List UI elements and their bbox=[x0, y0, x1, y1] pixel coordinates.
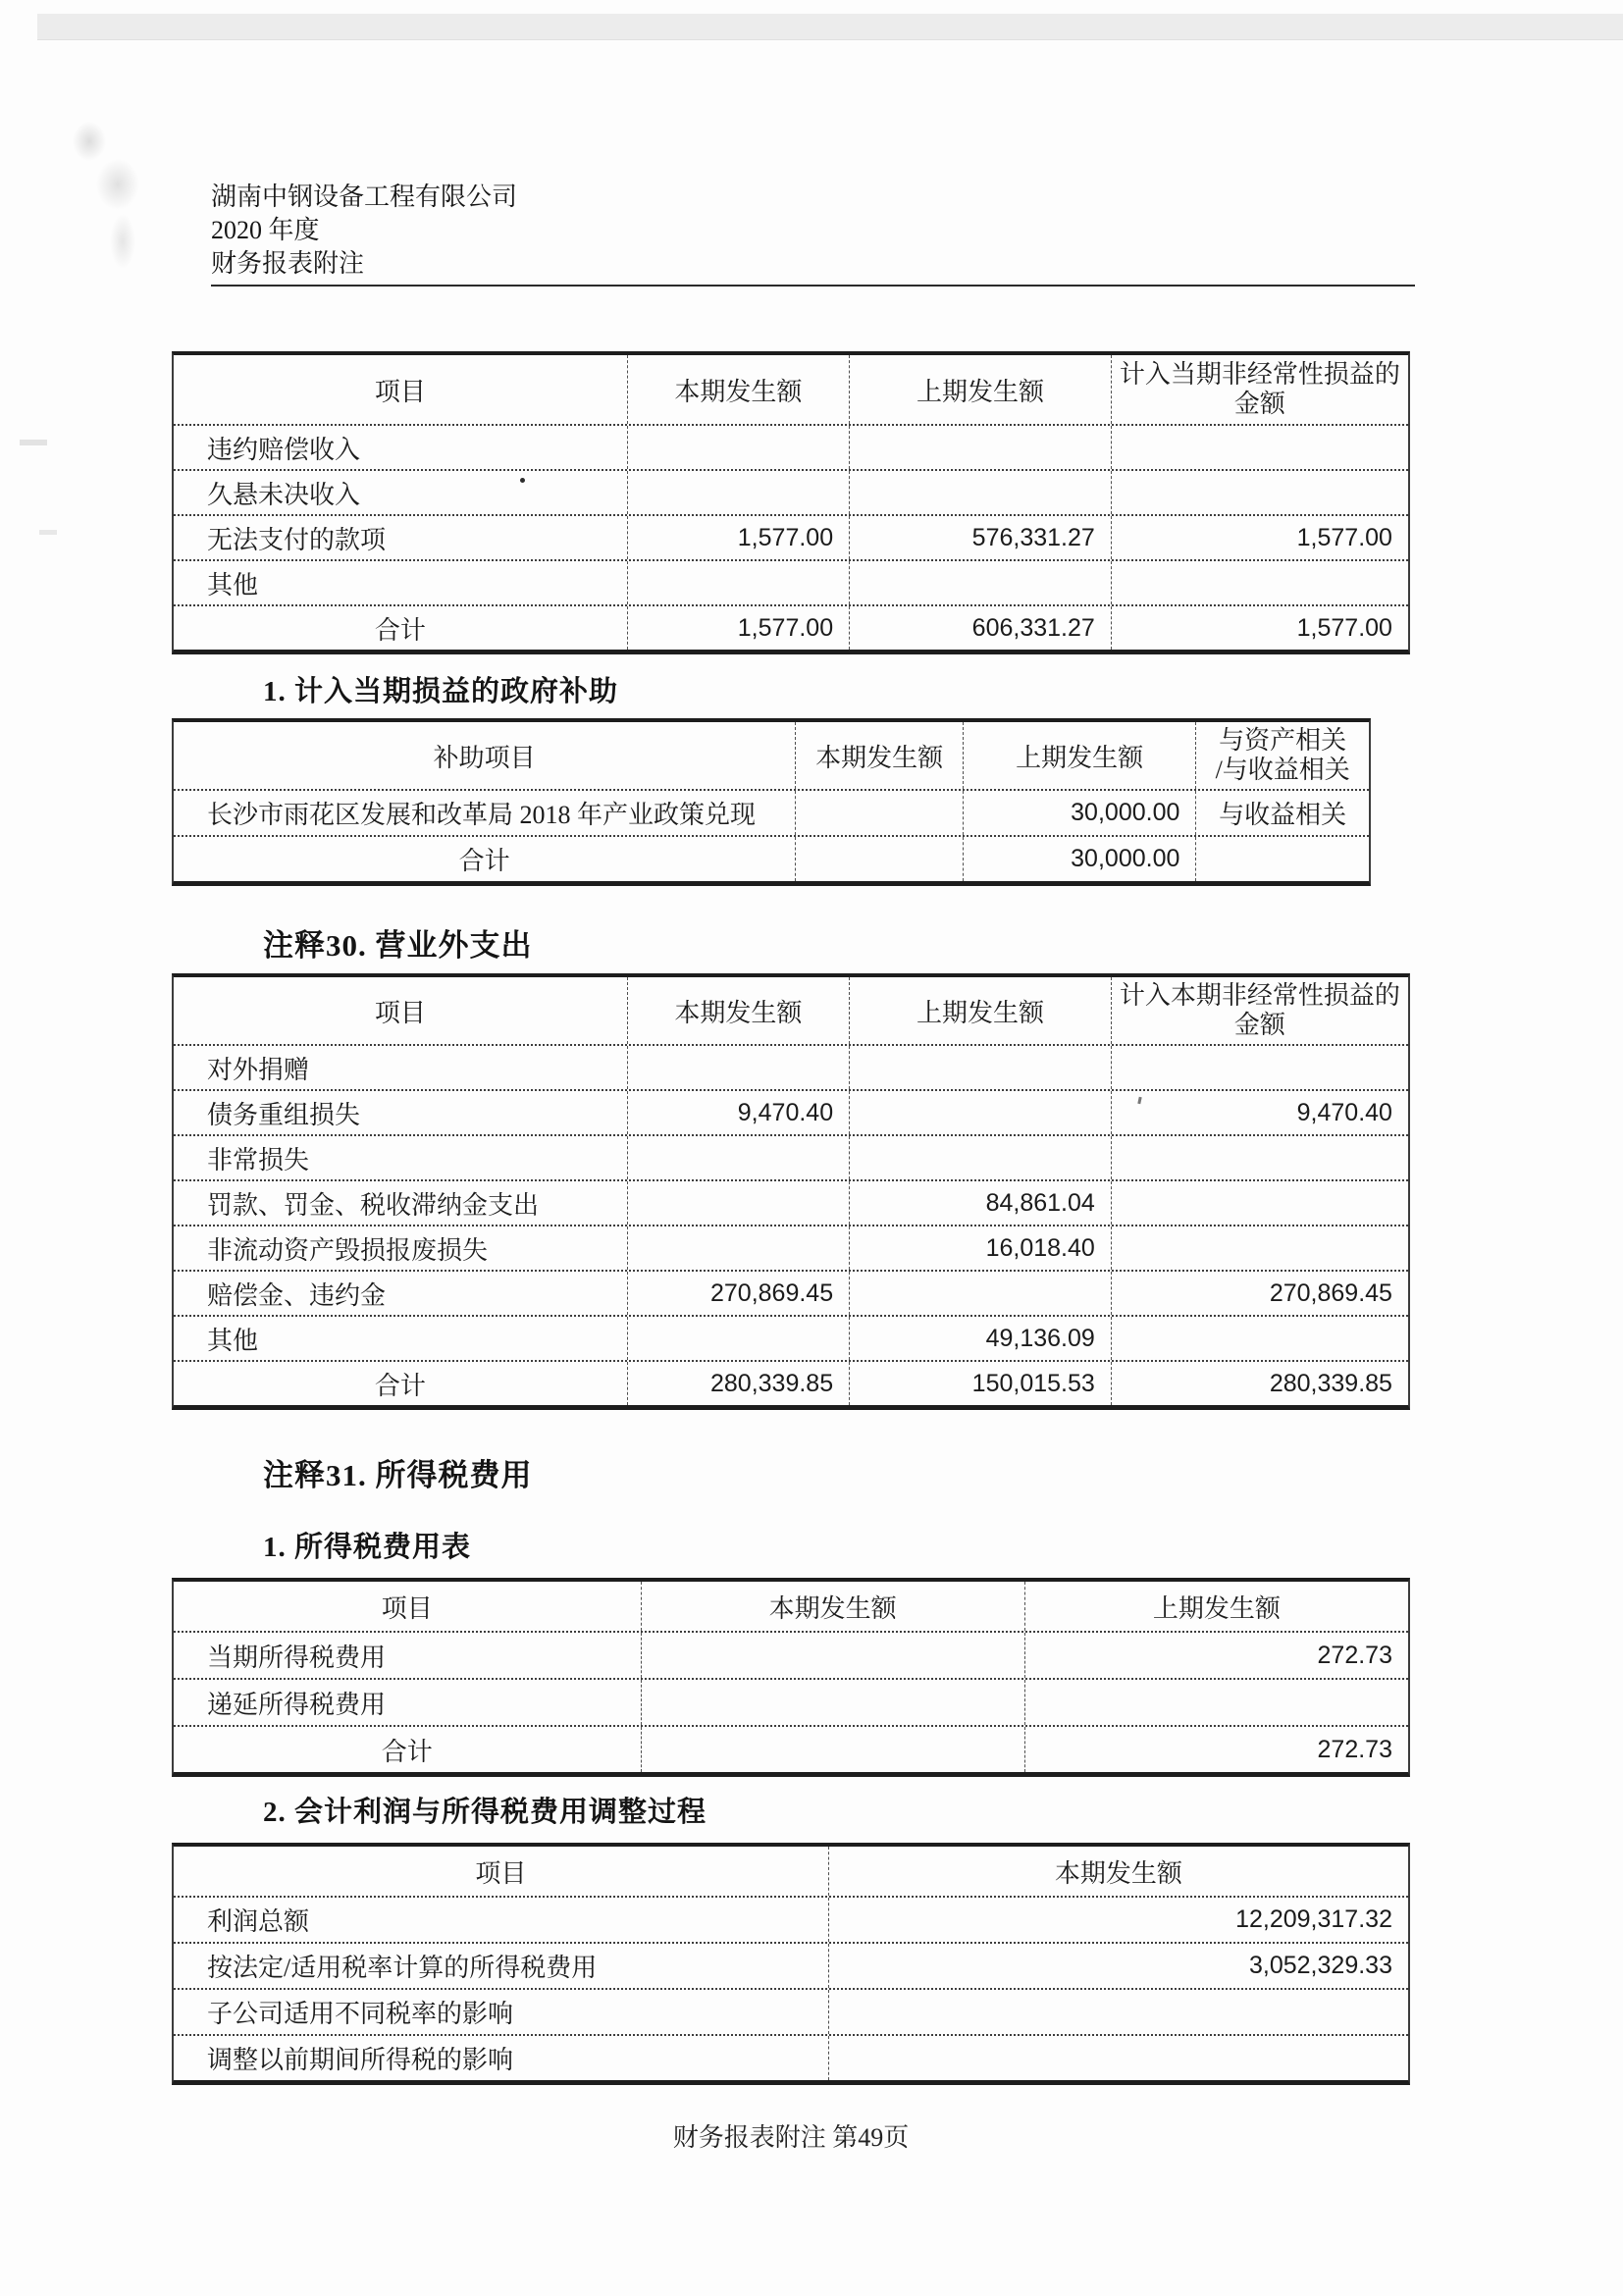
table-total-row: 合计 280,339.85 150,015.53 280,339.85 bbox=[174, 1360, 1408, 1405]
amount-cell: 1,577.00 bbox=[1111, 516, 1408, 559]
table-row: 罚款、罚金、税收滞纳金支出 84,861.04 bbox=[174, 1179, 1408, 1225]
amount-cell: 270,869.45 bbox=[1111, 1272, 1408, 1315]
amount-cell bbox=[627, 471, 849, 514]
total-label-cell: 合计 bbox=[174, 606, 627, 650]
scanned-financial-notes-page: 湖南中钢设备工程有限公司 2020 年度 财务报表附注 项目 本期发生额 上期发… bbox=[0, 0, 1623, 2296]
amount-cell: 576,331.27 bbox=[849, 516, 1111, 559]
amount-cell bbox=[641, 1727, 1024, 1772]
section-heading-gov-subsidy: 1. 计入当期损益的政府补助 bbox=[263, 669, 618, 709]
column-header: 本期发生额 bbox=[627, 977, 849, 1044]
table-row: 违约赔偿收入 bbox=[174, 424, 1408, 469]
row-label-cell: 债务重组损失 bbox=[174, 1091, 627, 1134]
amount-cell: 12,209,317.32 bbox=[828, 1898, 1408, 1942]
table-header-row: 项目 本期发生额 上期发生额 计入当期非经常性损益的金额 bbox=[174, 355, 1408, 424]
page-footer: 财务报表附注 第49页 bbox=[172, 2117, 1410, 2154]
row-label-cell: 当期所得税费用 bbox=[174, 1633, 641, 1678]
total-label-cell: 合计 bbox=[174, 837, 795, 881]
amount-cell bbox=[627, 1136, 849, 1179]
amount-cell: 606,331.27 bbox=[849, 606, 1111, 650]
amount-cell bbox=[795, 791, 963, 835]
scan-smudge bbox=[96, 159, 139, 210]
scan-smudge bbox=[110, 214, 135, 269]
table-row: 子公司适用不同税率的影响 bbox=[174, 1988, 1408, 2034]
column-header: 本期发生额 bbox=[828, 1847, 1408, 1896]
table-row: 久悬未决收入 bbox=[174, 469, 1408, 514]
section-heading-note31: 注释31. 所得税费用 bbox=[263, 1450, 533, 1494]
row-label-cell: 其他 bbox=[174, 1317, 627, 1360]
amount-cell: 16,018.40 bbox=[849, 1226, 1111, 1270]
relation-cell bbox=[1195, 837, 1369, 881]
amount-cell: 30,000.00 bbox=[963, 791, 1196, 835]
column-header: 项目 bbox=[174, 355, 627, 424]
amount-cell: 30,000.00 bbox=[963, 837, 1196, 881]
table-adjustment: 项目 本期发生额 利润总额 12,209,317.32 按法定/适用税率计算的所… bbox=[172, 1843, 1410, 2085]
relation-cell: 与收益相关 bbox=[1195, 791, 1369, 835]
table-row: 递延所得税费用 bbox=[174, 1678, 1408, 1725]
section-heading-income-tax-table: 1. 所得税费用表 bbox=[263, 1525, 471, 1565]
table-row: 其他 49,136.09 bbox=[174, 1315, 1408, 1360]
document-header: 湖南中钢设备工程有限公司 2020 年度 财务报表附注 bbox=[211, 181, 517, 281]
scan-speck bbox=[20, 440, 47, 445]
table-non-operating-expense: 项目 本期发生额 上期发生额 计入本期非经常性损益的金额 对外捐赠 债务重组损失… bbox=[172, 973, 1410, 1410]
amount-cell: 9,470.40 bbox=[1111, 1091, 1408, 1134]
table-header-row: 补助项目 本期发生额 上期发生额 与资产相关 /与收益相关 bbox=[174, 722, 1369, 789]
column-header: 本期发生额 bbox=[795, 722, 963, 789]
scan-smudge bbox=[73, 122, 106, 161]
row-label-cell: 调整以前期间所得税的影响 bbox=[174, 2036, 828, 2080]
amount-cell bbox=[849, 1046, 1111, 1089]
column-header: 上期发生额 bbox=[963, 722, 1196, 789]
amount-cell bbox=[828, 1990, 1408, 2034]
amount-cell bbox=[849, 1272, 1111, 1315]
table-income-tax: 项目 本期发生额 上期发生额 当期所得税费用 272.73 递延所得税费用 合计… bbox=[172, 1578, 1410, 1777]
amount-cell bbox=[849, 1091, 1111, 1134]
amount-cell bbox=[627, 561, 849, 604]
amount-cell: 150,015.53 bbox=[849, 1362, 1111, 1405]
amount-cell bbox=[627, 1226, 849, 1270]
row-label-cell: 无法支付的款项 bbox=[174, 516, 627, 559]
amount-cell bbox=[849, 1136, 1111, 1179]
table-row: 非常损失 bbox=[174, 1134, 1408, 1179]
column-header: 补助项目 bbox=[174, 722, 795, 789]
table-non-operating-income: 项目 本期发生额 上期发生额 计入当期非经常性损益的金额 违约赔偿收入 久悬未决… bbox=[172, 351, 1410, 654]
column-header: 计入本期非经常性损益的金额 bbox=[1111, 977, 1408, 1044]
amount-cell bbox=[1111, 1226, 1408, 1270]
amount-cell: 1,577.00 bbox=[627, 606, 849, 650]
column-header: 项目 bbox=[174, 1847, 828, 1896]
table-row: 无法支付的款项 1,577.00 576,331.27 1,577.00 bbox=[174, 514, 1408, 559]
amount-cell: 9,470.40 bbox=[627, 1091, 849, 1134]
table-row: 非流动资产毁损报废损失 16,018.40 bbox=[174, 1225, 1408, 1270]
row-label-cell: 递延所得税费用 bbox=[174, 1680, 641, 1725]
row-label-cell: 非流动资产毁损报废损失 bbox=[174, 1226, 627, 1270]
row-label-cell: 子公司适用不同税率的影响 bbox=[174, 1990, 828, 2034]
table-row: 对外捐赠 bbox=[174, 1044, 1408, 1089]
row-label-cell: 对外捐赠 bbox=[174, 1046, 627, 1089]
row-label-cell: 按法定/适用税率计算的所得税费用 bbox=[174, 1944, 828, 1988]
amount-cell: 280,339.85 bbox=[627, 1362, 849, 1405]
table-row: 债务重组损失 9,470.40 9,470.40 bbox=[174, 1089, 1408, 1134]
column-header: 项目 bbox=[174, 1582, 641, 1631]
table-row: 利润总额 12,209,317.32 bbox=[174, 1896, 1408, 1942]
amount-cell bbox=[641, 1633, 1024, 1678]
total-label-cell: 合计 bbox=[174, 1362, 627, 1405]
amount-cell bbox=[849, 426, 1111, 469]
column-header: 本期发生额 bbox=[641, 1582, 1024, 1631]
table-row: 赔偿金、违约金 270,869.45 270,869.45 bbox=[174, 1270, 1408, 1315]
section-heading-note30: 注释30. 营业外支出 bbox=[263, 920, 533, 965]
section-heading-adjustment: 2. 会计利润与所得税费用调整过程 bbox=[263, 1790, 707, 1830]
amount-cell bbox=[627, 426, 849, 469]
amount-cell: 270,869.45 bbox=[627, 1272, 849, 1315]
amount-cell: 1,577.00 bbox=[1111, 606, 1408, 650]
amount-cell bbox=[627, 1181, 849, 1225]
row-label-cell: 罚款、罚金、税收滞纳金支出 bbox=[174, 1181, 627, 1225]
total-label-cell: 合计 bbox=[174, 1727, 641, 1772]
table-header-row: 项目 本期发生额 上期发生额 bbox=[174, 1582, 1408, 1631]
table-row: 按法定/适用税率计算的所得税费用 3,052,329.33 bbox=[174, 1942, 1408, 1988]
amount-cell bbox=[641, 1680, 1024, 1725]
amount-cell bbox=[627, 1046, 849, 1089]
row-label-cell: 长沙市雨花区发展和改革局 2018 年产业政策兑现 bbox=[174, 791, 795, 835]
table-total-row: 合计 272.73 bbox=[174, 1725, 1408, 1772]
column-header: 本期发生额 bbox=[627, 355, 849, 424]
amount-cell bbox=[1024, 1680, 1408, 1725]
row-label-cell: 久悬未决收入 bbox=[174, 471, 627, 514]
amount-cell bbox=[1111, 561, 1408, 604]
amount-cell: 272.73 bbox=[1024, 1727, 1408, 1772]
amount-cell bbox=[828, 2036, 1408, 2080]
amount-cell bbox=[1111, 1136, 1408, 1179]
row-label-cell: 赔偿金、违约金 bbox=[174, 1272, 627, 1315]
amount-cell: 3,052,329.33 bbox=[828, 1944, 1408, 1988]
scan-speck bbox=[39, 530, 57, 535]
amount-cell bbox=[849, 471, 1111, 514]
row-label-cell: 其他 bbox=[174, 561, 627, 604]
header-divider bbox=[211, 285, 1415, 287]
fiscal-period: 2020 年度 bbox=[211, 214, 517, 247]
amount-cell: 1,577.00 bbox=[627, 516, 849, 559]
row-label-cell: 违约赔偿收入 bbox=[174, 426, 627, 469]
column-header: 计入当期非经常性损益的金额 bbox=[1111, 355, 1408, 424]
document-title: 财务报表附注 bbox=[211, 247, 517, 281]
amount-cell bbox=[795, 837, 963, 881]
table-header-row: 项目 本期发生额 上期发生额 计入本期非经常性损益的金额 bbox=[174, 977, 1408, 1044]
amount-cell: 49,136.09 bbox=[849, 1317, 1111, 1360]
amount-cell: 272.73 bbox=[1024, 1633, 1408, 1678]
amount-cell bbox=[1111, 426, 1408, 469]
amount-cell: 84,861.04 bbox=[849, 1181, 1111, 1225]
column-header: 上期发生额 bbox=[849, 355, 1111, 424]
column-header: 上期发生额 bbox=[1024, 1582, 1408, 1631]
table-row: 调整以前期间所得税的影响 bbox=[174, 2034, 1408, 2080]
scanner-edge-band bbox=[37, 14, 1623, 40]
amount-cell bbox=[627, 1317, 849, 1360]
table-row: 其他 bbox=[174, 559, 1408, 604]
column-header: 项目 bbox=[174, 977, 627, 1044]
row-label-cell: 利润总额 bbox=[174, 1898, 828, 1942]
company-name: 湖南中钢设备工程有限公司 bbox=[211, 181, 517, 214]
row-label-cell: 非常损失 bbox=[174, 1136, 627, 1179]
amount-cell bbox=[1111, 471, 1408, 514]
table-gov-subsidy: 补助项目 本期发生额 上期发生额 与资产相关 /与收益相关 长沙市雨花区发展和改… bbox=[172, 718, 1371, 886]
table-row: 当期所得税费用 272.73 bbox=[174, 1631, 1408, 1678]
amount-cell bbox=[1111, 1181, 1408, 1225]
amount-cell: 280,339.85 bbox=[1111, 1362, 1408, 1405]
amount-cell bbox=[1111, 1317, 1408, 1360]
amount-cell bbox=[849, 561, 1111, 604]
table-total-row: 合计 30,000.00 bbox=[174, 835, 1369, 881]
table-row: 长沙市雨花区发展和改革局 2018 年产业政策兑现 30,000.00 与收益相… bbox=[174, 789, 1369, 835]
table-header-row: 项目 本期发生额 bbox=[174, 1847, 1408, 1896]
column-header: 与资产相关 /与收益相关 bbox=[1195, 722, 1369, 789]
table-total-row: 合计 1,577.00 606,331.27 1,577.00 bbox=[174, 604, 1408, 650]
column-header: 上期发生额 bbox=[849, 977, 1111, 1044]
amount-cell bbox=[1111, 1046, 1408, 1089]
